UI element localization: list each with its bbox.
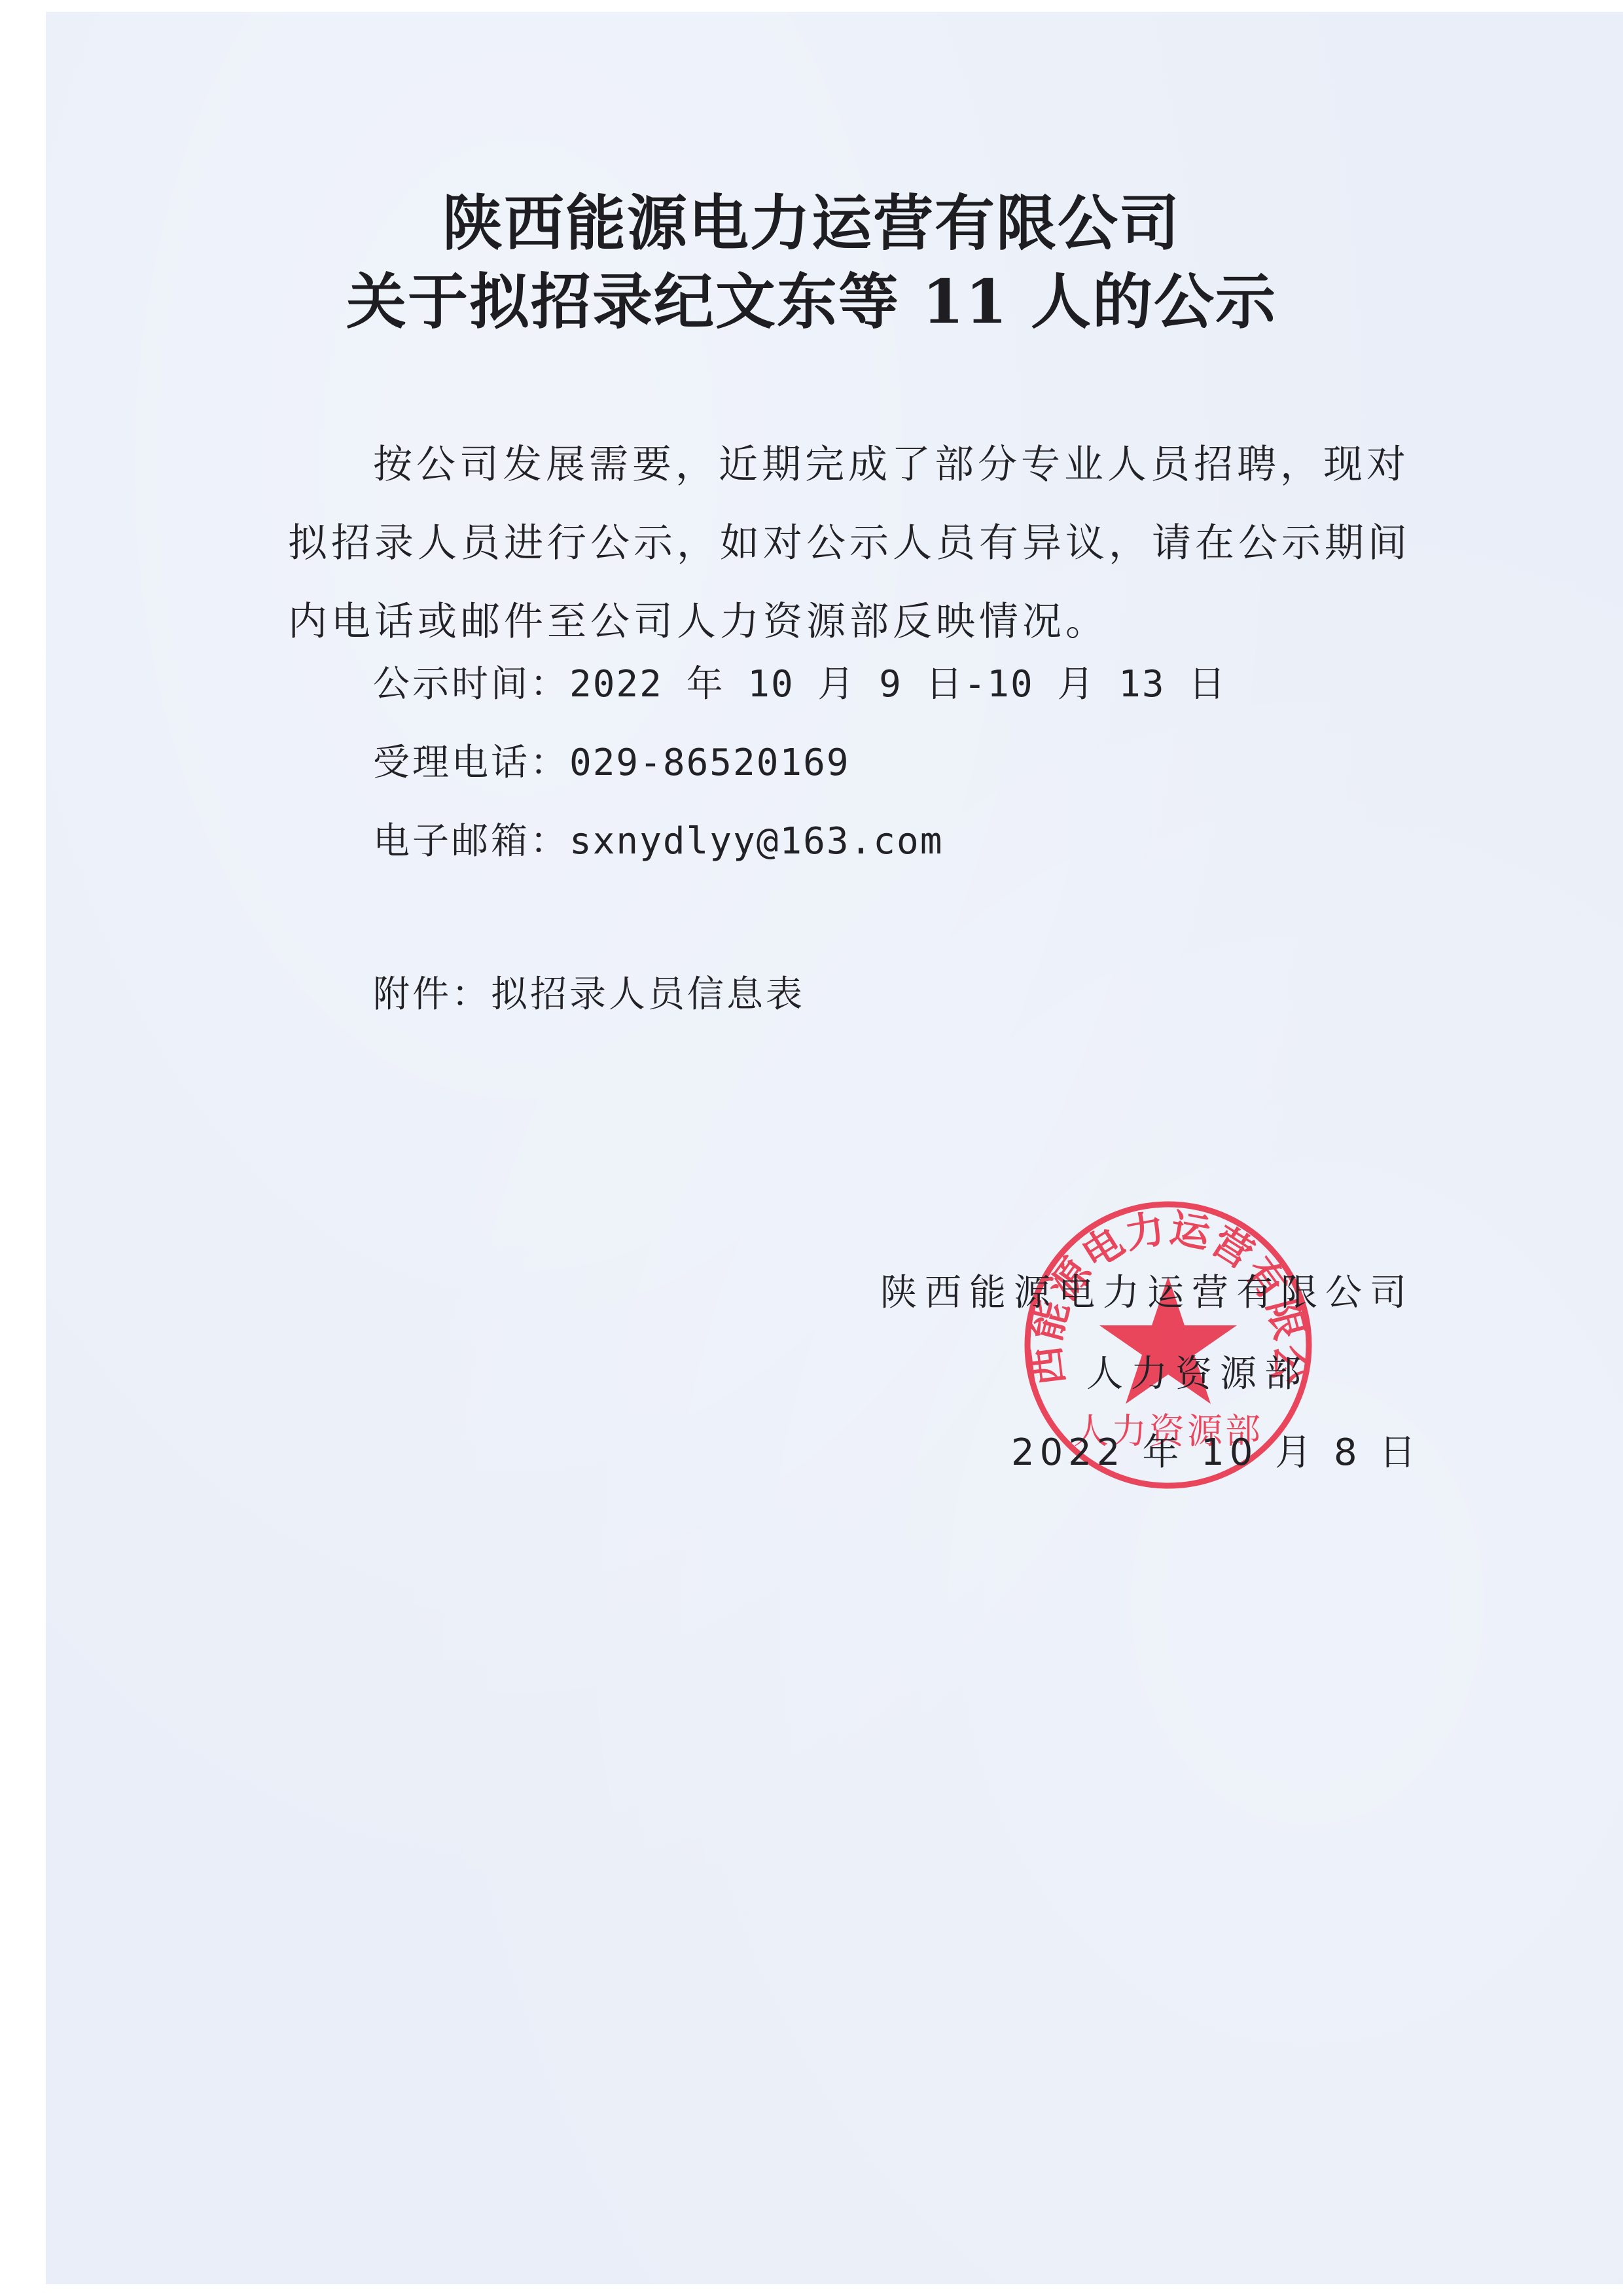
phone-label: 受理电话： xyxy=(373,742,569,784)
email-line: 电子邮箱：sxnydlyy@163.com xyxy=(373,823,943,860)
attachment-label: 附件： xyxy=(373,973,491,1016)
signature-date: 2022 年 10 月 8 日 xyxy=(1011,1435,1421,1471)
publicity-period-label: 公示时间： xyxy=(373,663,569,706)
publicity-period-line: 公示时间：2022 年 10 月 9 日-10 月 13 日 xyxy=(373,666,1226,703)
body-paragraph: 按公司发展需要，近期完成了部分专业人员招聘，现对拟招录人员进行公示，如对公示人员… xyxy=(288,425,1414,661)
attachment-line: 附件：拟招录人员信息表 xyxy=(373,977,805,1013)
email-label: 电子邮箱： xyxy=(373,820,569,863)
phone-value: 029-86520169 xyxy=(569,742,850,784)
signature-department: 人力资源部 xyxy=(1086,1356,1309,1393)
paper-sheet xyxy=(46,12,1623,2284)
document-title-line1: 陕西能源电力运营有限公司 xyxy=(0,193,1623,253)
email-value: sxnydlyy@163.com xyxy=(569,820,943,863)
document-title-line2: 关于拟招录纪文东等 11 人的公示 xyxy=(0,272,1623,332)
attachment-value: 拟招录人员信息表 xyxy=(491,973,805,1016)
phone-line: 受理电话：029-86520169 xyxy=(373,745,850,781)
signature-company: 陕西能源电力运营有限公司 xyxy=(880,1275,1414,1312)
publicity-period-value: 2022 年 10 月 9 日-10 月 13 日 xyxy=(569,663,1226,706)
